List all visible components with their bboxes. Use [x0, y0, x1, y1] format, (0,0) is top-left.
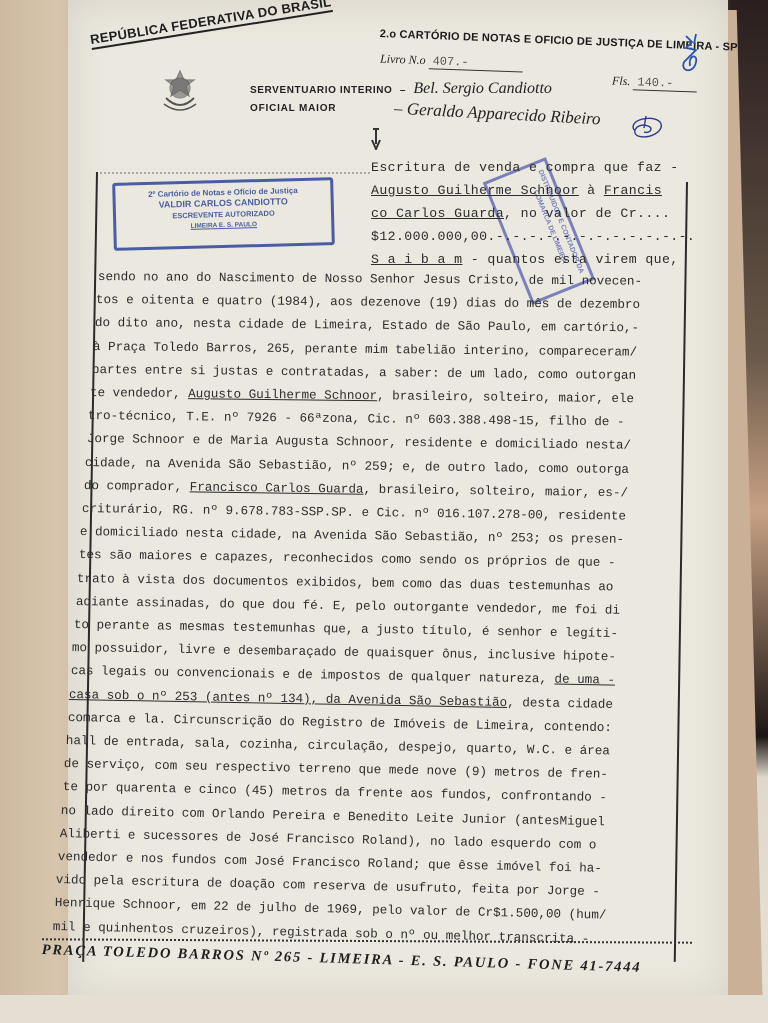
underlined-text: Augusto Guilherme Schnoor [371, 183, 579, 198]
fls-field: Fls. 140.- [612, 74, 698, 93]
oficial-dash: – [394, 99, 403, 118]
serventuario-label: SERVENTUARIO INTERINO [250, 85, 392, 96]
underlined-text: S a i b a m [371, 252, 462, 267]
serventuario-name: Bel. Sergio Candiotto [413, 80, 552, 97]
text-run: à [579, 183, 604, 198]
text-run: - quantos esta virem que, [462, 252, 678, 267]
deed-line: Escritura de venda e compra que faz - [371, 160, 679, 175]
oficial-label: OFICIAL MAIOR [250, 103, 336, 114]
bottom-surface [0, 995, 768, 1023]
pointer-mark-icon [371, 128, 381, 150]
document-page [68, 0, 728, 1000]
text-run: do comprador, [84, 479, 190, 494]
dotted-rule [100, 172, 370, 174]
text-run: Escritura de venda e compra que faz - [371, 160, 679, 175]
underlined-text: co Carlos Guarda [371, 206, 504, 221]
underlined-text: de uma - [554, 673, 615, 688]
underlined-text: Francis [604, 183, 662, 198]
text-run: , no valor de Cr.... [504, 206, 670, 221]
deed-line: Augusto Guilherme Schnoor à Francis [371, 183, 662, 198]
livro-label: Livro N.o [380, 52, 426, 68]
deed-line: $12.000.000,00.-.-.-.-.-.-.-.-.-.-.-.-. [371, 229, 695, 244]
fls-value: 140.- [633, 75, 697, 92]
initials-signature-icon [626, 112, 666, 142]
fls-label: Fls. [612, 74, 631, 89]
page-number-signature-icon [678, 32, 704, 76]
text-run: te vendedor, [90, 386, 188, 401]
authorized-clerk-stamp: 2º Cartório de Notas e Ofício de Justiça… [112, 177, 335, 251]
deed-line: co Carlos Guarda, no valor de Cr.... [371, 206, 670, 221]
deed-line: S a i b a m - quantos esta virem que, [371, 252, 679, 267]
text-run: $12.000.000,00.-.-.-.-.-.-.-.-.-.-.-.-. [371, 229, 695, 244]
text-run: , desta cidade [507, 696, 613, 712]
text-run: , brasileiro, solteiro, maior, ele [377, 389, 634, 406]
underlined-text: Francisco Carlos Guarda [190, 480, 364, 496]
serventuario-dash: – [400, 85, 406, 96]
underlined-text: Augusto Guilherme Schnoor [188, 387, 377, 403]
coat-of-arms-icon [160, 68, 200, 116]
serventuario-row: SERVENTUARIO INTERINO – Bel. Sergio Cand… [250, 80, 552, 98]
